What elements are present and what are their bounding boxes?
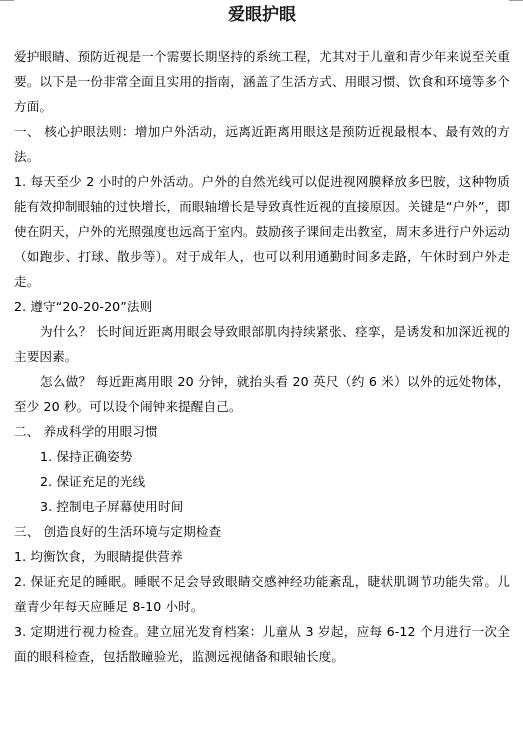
section-3-item-3: 3. 定期进行视力检查。建立屈光发育档案：儿童从 3 岁起，应每 6-12 个月… (14, 619, 510, 669)
crop-mark-top-left (0, 0, 14, 1)
section-3-item-1: 1. 均衡饮食，为眼睛提供营养 (14, 544, 510, 569)
rule-why-paragraph: 为什么？ 长时间近距离用眼会导致眼部肌肉持续紧张、痉挛，是诱发和加深近视的主要因… (14, 319, 510, 369)
section-2-item-3: 3. 控制电子屏幕使用时间 (14, 494, 510, 519)
section-1-item-1: 1. 每天至少 2 小时的户外活动。户外的自然光线可以促进视网膜释放多巴胺，这种… (14, 169, 510, 294)
intro-paragraph: 爱护眼睛、预防近视是一个需要长期坚持的系统工程，尤其对于儿童和青少年来说至关重要… (14, 44, 510, 119)
section-3-heading: 三、 创造良好的生活环境与定期检查 (14, 519, 510, 544)
section-2-item-2: 2. 保证充足的光线 (14, 469, 510, 494)
document-title: 爱眼护眼 (14, 5, 510, 29)
rule-how-paragraph: 怎么做？ 每近距离用眼 20 分钟，就抬头看 20 英尺（约 6 米）以外的远处… (14, 369, 510, 419)
section-1-item-2: 2. 遵守“20-20-20”法则 (14, 294, 510, 319)
section-3-item-2: 2. 保证充足的睡眠。睡眠不足会导致眼睛交感神经功能紊乱，睫状肌调节功能失常。儿… (14, 569, 510, 619)
crop-mark-top-right (509, 0, 523, 1)
section-1-heading: 一、 核心护眼法则：增加户外活动，远离近距离用眼这是预防近视最根本、最有效的方法… (14, 119, 510, 169)
section-2-item-1: 1. 保持正确姿势 (14, 444, 510, 469)
section-2-heading: 二、 养成科学的用眼习惯 (14, 419, 510, 444)
document-page: 爱眼护眼 爱护眼睛、预防近视是一个需要长期坚持的系统工程，尤其对于儿童和青少年来… (14, 0, 510, 669)
